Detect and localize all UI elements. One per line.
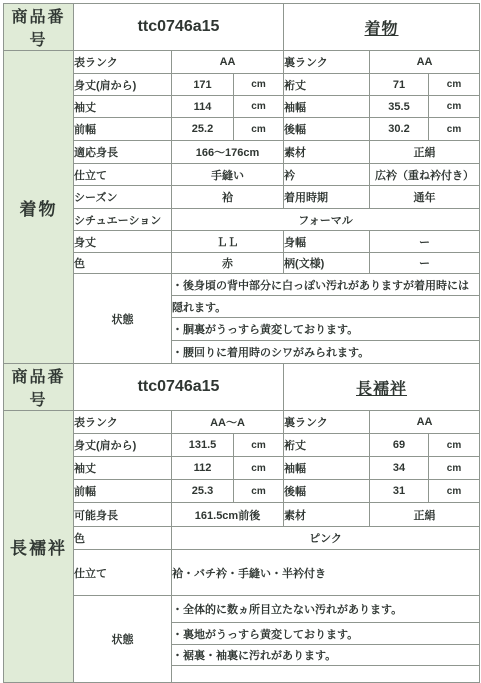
n-back-width-value: 31 [370,480,429,503]
k-body-length-value: 171 [172,74,234,96]
n-back-width-unit: cm [429,480,480,503]
k-body-width-value: ー [370,231,480,253]
k-back-rank-value: AA [370,51,480,74]
n-condition-line-1: ・全体的に数ヵ所目立たない汚れがあります。 [172,596,480,623]
k-condition-line-1: ・後身頃の背中部分に白っぽい汚れがありますが着用時には [172,274,480,296]
k-sleeve-width-value: 35.5 [370,96,429,118]
n-condition-line-4 [172,666,480,683]
k-wearing-period-label: 着用時期 [284,186,370,209]
k-sleeve-width-label: 袖幅 [284,96,370,118]
k-body-width-label: 身幅 [284,231,370,253]
k-fit-height-value: 166～176cm [172,141,284,164]
k-situation-label: シチュエーション [74,209,172,231]
k-pattern-label: 柄(文様) [284,253,370,274]
k-front-width-unit: cm [234,118,284,141]
n-sleeve-reach-label: 裄丈 [284,434,370,457]
k-back-width-value: 30.2 [370,118,429,141]
n-sleeve-width-label: 袖幅 [284,457,370,480]
n-material-label: 素材 [284,503,370,527]
k-tailoring-value: 手縫い [172,164,284,186]
n-sleeve-length-label: 袖丈 [74,457,172,480]
n-front-width-unit: cm [234,480,284,503]
n-front-rank-label: 表ランク [74,411,172,434]
n-tailoring-label: 仕立て [74,550,172,596]
k-size-value: ＬＬ [172,231,284,253]
n-sleeve-reach-unit: cm [429,434,480,457]
n-sleeve-width-unit: cm [429,457,480,480]
product-spec-table: 商品番号 ttc0746a15 着物 着物 表ランク AA 裏ランク AA 身丈… [3,3,480,683]
n-tailoring-value: 袷・バチ衿・手縫い・半衿付き [172,550,480,596]
n-back-rank-value: AA [370,411,480,434]
k-size-label: 身丈 [74,231,172,253]
k-front-width-value: 25.2 [172,118,234,141]
n-front-width-value: 25.3 [172,480,234,503]
k-front-width-label: 前幅 [74,118,172,141]
k-material-label: 素材 [284,141,370,164]
k-season-label: シーズン [74,186,172,209]
n-item-type: 長襦袢 [284,364,480,411]
k-body-length-label: 身丈(肩から) [74,74,172,96]
k-condition-label: 状態 [74,274,172,364]
n-color-label: 色 [74,527,172,550]
k-back-rank-label: 裏ランク [284,51,370,74]
n-product-code: ttc0746a15 [74,364,284,411]
n-condition-line-2: ・裏地がうっすら黄変しております。 [172,623,480,645]
k-front-rank-label: 表ランク [74,51,172,74]
k-item-type: 着物 [284,4,480,51]
n-possible-height-value: 161.5cm前後 [172,503,284,527]
n-sleeve-width-value: 34 [370,457,429,480]
k-sleeve-length-value: 114 [172,96,234,118]
k-wearing-period-value: 通年 [370,186,480,209]
n-body-length-value: 131.5 [172,434,234,457]
nagajuban-section-label: 長襦袢 [4,411,74,683]
k-color-label: 色 [74,253,172,274]
n-condition-line-3: ・裾裏・袖裏に汚れがあります。 [172,645,480,666]
n-back-rank-label: 裏ランク [284,411,370,434]
k-tailoring-label: 仕立て [74,164,172,186]
n-back-width-label: 後幅 [284,480,370,503]
n-sleeve-length-value: 112 [172,457,234,480]
n-color-value: ピンク [172,527,480,550]
n-body-length-label: 身丈(肩から) [74,434,172,457]
k-back-width-label: 後幅 [284,118,370,141]
k-condition-line-4: ・腰回りに着用時のシワがみられます。 [172,341,480,364]
k-fit-height-label: 適応身長 [74,141,172,164]
spec-sheet: 商品番号 ttc0746a15 着物 着物 表ランク AA 裏ランク AA 身丈… [0,0,481,683]
k-back-width-unit: cm [429,118,480,141]
k-condition-line-3: ・胴裏がうっすら黄変しております。 [172,318,480,341]
kimono-section-label: 着物 [4,51,74,364]
k-sleeve-width-unit: cm [429,96,480,118]
k-sleeve-reach-value: 71 [370,74,429,96]
k-sleeve-reach-unit: cm [429,74,480,96]
n-body-length-unit: cm [234,434,284,457]
k-sleeve-length-label: 袖丈 [74,96,172,118]
n-sleeve-length-unit: cm [234,457,284,480]
n-possible-height-label: 可能身長 [74,503,172,527]
k-product-number-header: 商品番号 [4,4,74,51]
k-front-rank-value: AA [172,51,284,74]
k-material-value: 正絹 [370,141,480,164]
k-sleeve-length-unit: cm [234,96,284,118]
n-condition-label: 状態 [74,596,172,683]
k-color-value: 赤 [172,253,284,274]
k-pattern-value: ー [370,253,480,274]
k-sleeve-reach-label: 裄丈 [284,74,370,96]
k-season-value: 袷 [172,186,284,209]
n-product-number-header: 商品番号 [4,364,74,411]
k-collar-value: 広衿（重ね衿付き） [370,164,480,186]
n-material-value: 正絹 [370,503,480,527]
k-product-code: ttc0746a15 [74,4,284,51]
n-front-width-label: 前幅 [74,480,172,503]
k-condition-line-2: 隠れます。 [172,296,480,318]
n-front-rank-value: AA～A [172,411,284,434]
k-collar-label: 衿 [284,164,370,186]
k-situation-value: フォーマル [172,209,480,231]
n-sleeve-reach-value: 69 [370,434,429,457]
k-body-length-unit: cm [234,74,284,96]
